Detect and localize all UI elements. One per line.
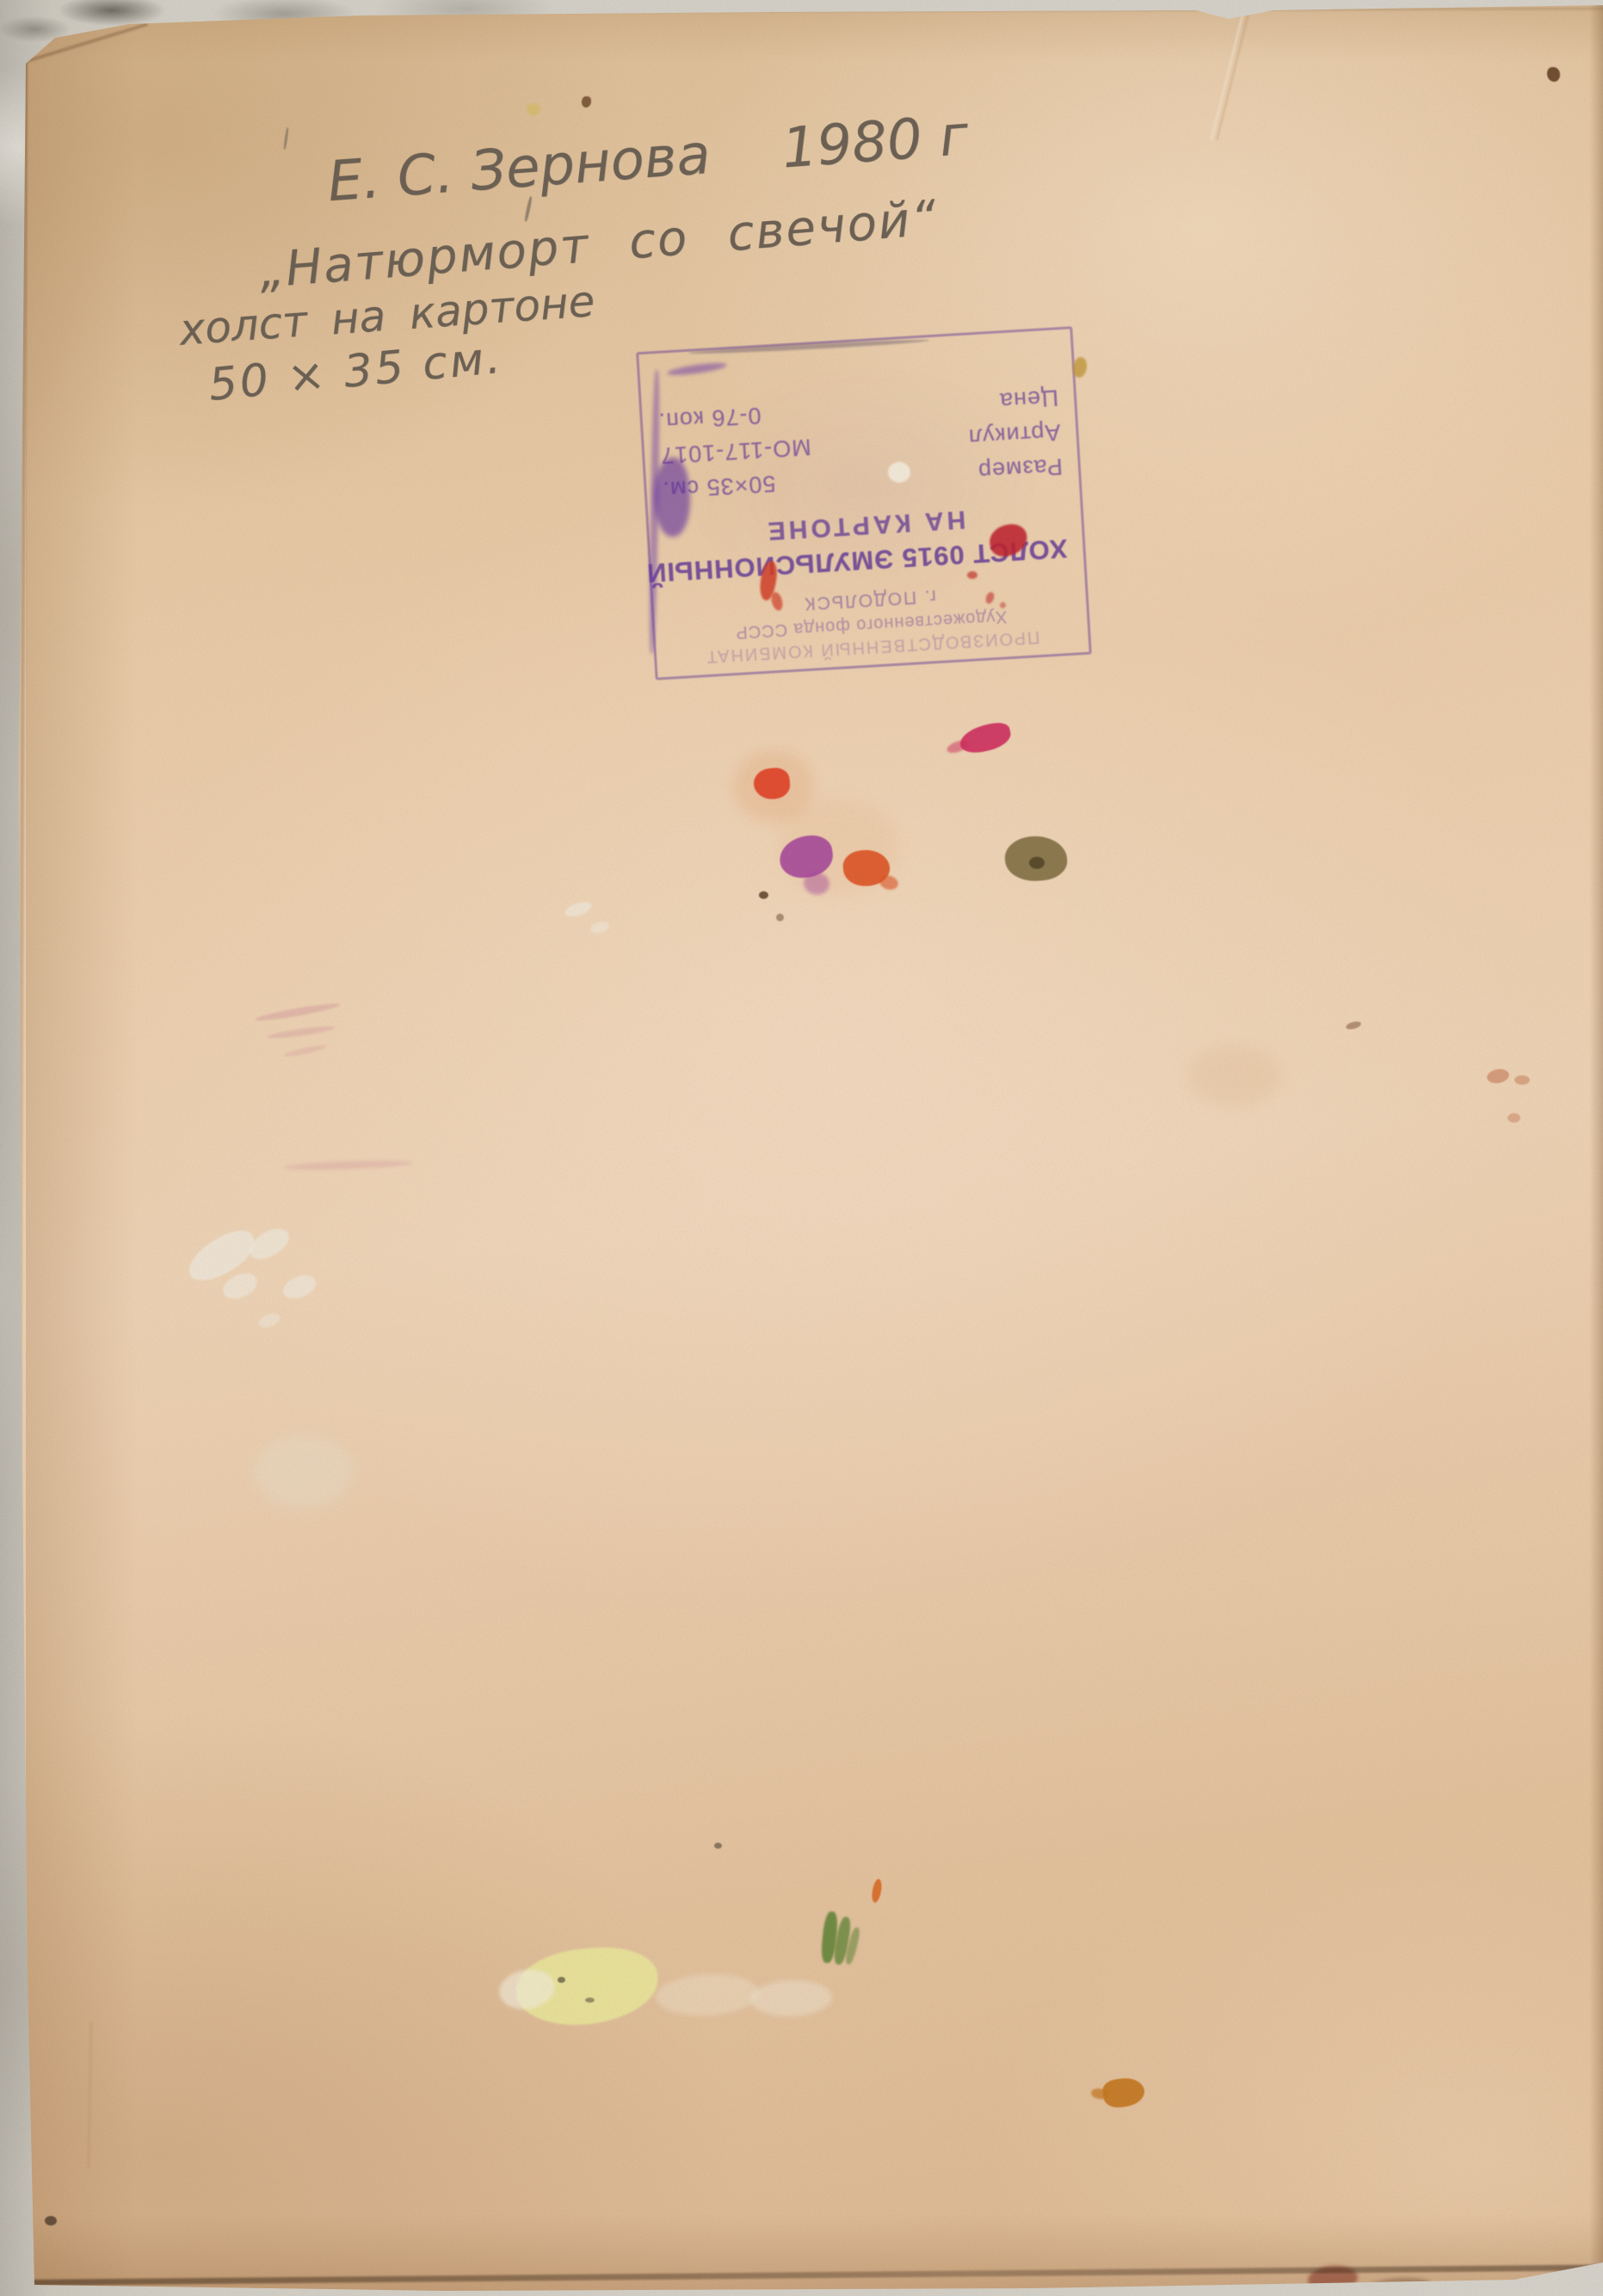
stamp-article-value: МО-117-1017 bbox=[659, 434, 811, 469]
photo-back-of-painting: { "photo": { "handwriting": { "artist": … bbox=[0, 0, 1603, 2296]
stamp-size-label: Размер bbox=[977, 452, 1063, 484]
stamp-detail-rows: Размер 50×35 см. Артикул МО-117-1017 Цен… bbox=[657, 384, 1064, 502]
stamp-size-value: 50×35 см. bbox=[662, 470, 777, 503]
stamp-price-value: 0-76 коп. bbox=[657, 402, 761, 434]
stamp-article-label: Артикул bbox=[967, 418, 1061, 450]
handwriting-year: 1980 г bbox=[780, 104, 971, 182]
factory-stamp: ПРОИЗВОДСТВЕННЫЙ КОМБИНАТ Художественног… bbox=[636, 326, 1092, 680]
stamp-price-label: Цена bbox=[998, 384, 1059, 414]
cardboard-back: ПРОИЗВОДСТВЕННЫЙ КОМБИНАТ Художественног… bbox=[0, 0, 1603, 2296]
